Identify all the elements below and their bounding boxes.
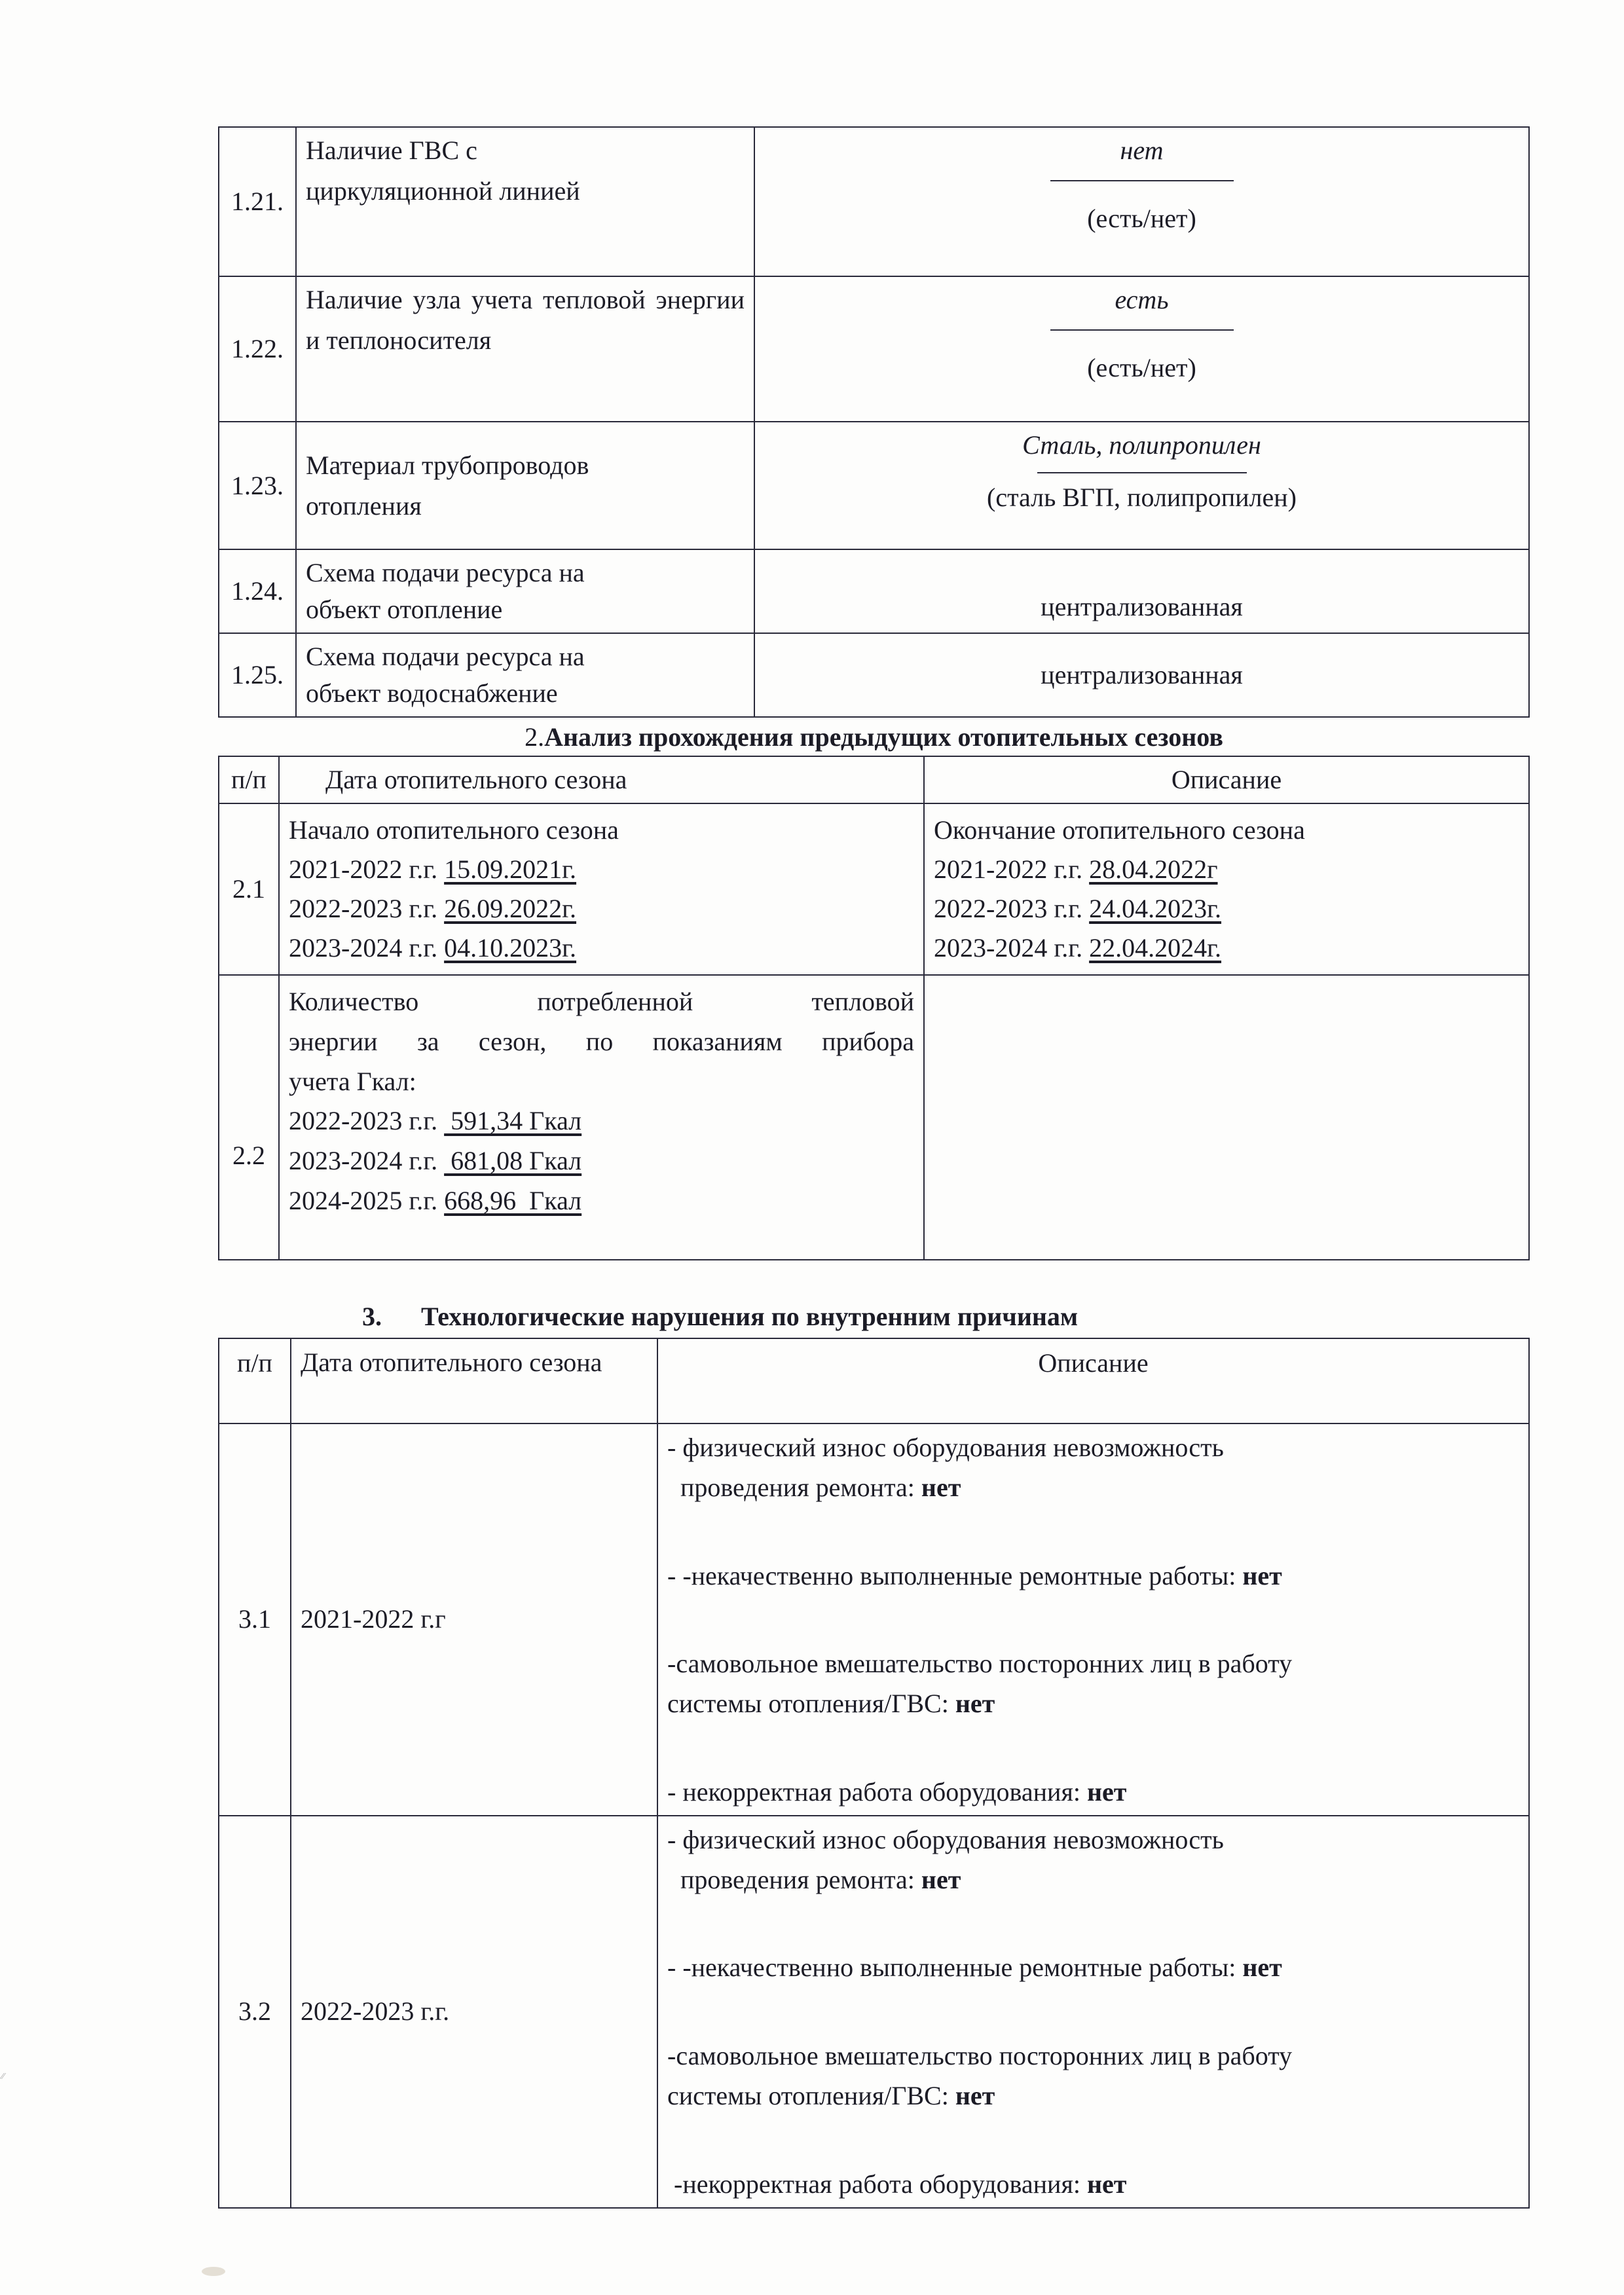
section3-title: 3.Технологические нарушения по внутренни… xyxy=(362,1301,1530,1332)
row-number: 1.21. xyxy=(219,127,296,276)
section2-table: п/п Дата отопительного сезона Описание 2… xyxy=(218,756,1530,1260)
row-label: Схема подачи ресурса на объект водоснабж… xyxy=(296,633,754,717)
header-description: Описание xyxy=(924,756,1529,803)
row-hint: (есть/нет) xyxy=(764,348,1519,388)
season-start-cell: Начало отопительного сезона 2021-2022 г.… xyxy=(279,803,924,975)
row-number: 3.1 xyxy=(219,1423,291,1816)
violation-item: - физический износ оборудования невозмож… xyxy=(667,1820,1519,1860)
table-header-row: п/п Дата отопительного сезона Описание xyxy=(219,1338,1529,1423)
header-date: Дата отопительного сезона xyxy=(291,1338,657,1423)
season-end: 2021-2022 г.г. 28.04.2022г xyxy=(934,850,1519,889)
row-number: 1.25. xyxy=(219,633,296,717)
season-start: 2023-2024 г.г. 04.10.2023г. xyxy=(289,928,914,968)
table-row: 2.2 Количество потребленной тепловой эне… xyxy=(219,975,1529,1260)
table-header-row: п/п Дата отопительного сезона Описание xyxy=(219,756,1529,803)
violation-answer: нет xyxy=(921,1865,961,1894)
fill-in-line xyxy=(1050,329,1234,331)
section2-title: 2.Анализ прохождения предыдущих отопител… xyxy=(218,722,1530,753)
table-row: 1.24. Схема подачи ресурса на объект ото… xyxy=(219,549,1529,633)
consumption-item: 2024-2025 г.г. 668,96 Гкал xyxy=(289,1181,914,1221)
season-start: 2021-2022 г.г. 15.09.2021г. xyxy=(289,850,914,889)
violation-answer: нет xyxy=(955,2081,995,2110)
fill-in-line xyxy=(1050,180,1234,181)
violation-item: -самовольное вмешательство посторонних л… xyxy=(667,2036,1519,2076)
season-end: 2022-2023 г.г. 24.04.2023г. xyxy=(934,889,1519,928)
row-value: Сталь, полипропилен xyxy=(764,425,1519,466)
scan-artifact: ⁄⁄ xyxy=(1,2072,17,2092)
season-end-cell: Окончание отопительного сезона 2021-2022… xyxy=(924,803,1529,975)
row-season: 2022-2023 г.г. xyxy=(291,1816,657,2208)
row-label: Схема подачи ресурса на объект отопление xyxy=(296,549,754,633)
season-start: 2022-2023 г.г. 26.09.2022г. xyxy=(289,889,914,928)
violation-answer: нет xyxy=(1087,2169,1126,2199)
header-description: Описание xyxy=(657,1338,1529,1423)
row-value: централизованная xyxy=(754,633,1529,717)
table-row: 1.25. Схема подачи ресурса на объект вод… xyxy=(219,633,1529,717)
header-number: п/п xyxy=(219,756,279,803)
row-number: 1.22. xyxy=(219,276,296,422)
violations-list: - физический износ оборудования невозмож… xyxy=(657,1816,1529,2208)
consumption-item: 2023-2024 г.г. 681,08 Гкал xyxy=(289,1141,914,1181)
violation-item: - физический износ оборудования невозмож… xyxy=(667,1428,1519,1468)
document-page: 1.21. Наличие ГВС с циркуляционной линие… xyxy=(218,126,1530,2209)
row-label: Наличие узла учета тепловой энергии и те… xyxy=(296,276,754,422)
header-number: п/п xyxy=(219,1338,291,1423)
consumption-cell: Количество потребленной тепловой энергии… xyxy=(279,975,924,1260)
violation-item: - некорректная работа оборудования: нет xyxy=(667,1772,1519,1812)
violation-item: -некорректная работа оборудования: нет xyxy=(667,2165,1519,2205)
scan-stain xyxy=(202,2267,225,2276)
violation-answer: нет xyxy=(955,1689,995,1718)
violation-answer: нет xyxy=(1242,1953,1282,1982)
row-hint: (есть/нет) xyxy=(764,198,1519,239)
table-row: 3.1 2021-2022 г.г - физический износ обо… xyxy=(219,1423,1529,1816)
row-number: 1.23. xyxy=(219,422,296,549)
violation-item: -самовольное вмешательство посторонних л… xyxy=(667,1644,1519,1684)
row-value: централизованная xyxy=(754,549,1529,633)
row-number: 2.2 xyxy=(219,975,279,1260)
violation-item: - -некачественно выполненные ремонтные р… xyxy=(667,1556,1519,1596)
row-value-cell: нет (есть/нет) xyxy=(754,127,1529,276)
violation-answer: нет xyxy=(1242,1561,1282,1590)
row-season: 2021-2022 г.г xyxy=(291,1423,657,1816)
fill-in-line xyxy=(1037,472,1247,473)
header-date: Дата отопительного сезона xyxy=(279,756,924,803)
table-row: 1.21. Наличие ГВС с циркуляционной линие… xyxy=(219,127,1529,276)
section3-table: п/п Дата отопительного сезона Описание 3… xyxy=(218,1338,1530,2209)
row-label: Наличие ГВС с циркуляционной линией xyxy=(296,127,754,276)
row-number: 2.1 xyxy=(219,803,279,975)
violation-answer: нет xyxy=(1087,1777,1126,1807)
row-number: 1.24. xyxy=(219,549,296,633)
row-number: 3.2 xyxy=(219,1816,291,2208)
row-value: есть xyxy=(764,280,1519,320)
row-hint: (сталь ВГП, полипропилен) xyxy=(764,477,1519,518)
table-row: 1.22. Наличие узла учета тепловой энерги… xyxy=(219,276,1529,422)
table-row: 2.1 Начало отопительного сезона 2021-202… xyxy=(219,803,1529,975)
consumption-item: 2022-2023 г.г. 591,34 Гкал xyxy=(289,1101,914,1141)
section1-table: 1.21. Наличие ГВС с циркуляционной линие… xyxy=(218,126,1530,718)
row-value-cell: Сталь, полипропилен (сталь ВГП, полипроп… xyxy=(754,422,1529,549)
violation-item: - -некачественно выполненные ремонтные р… xyxy=(667,1948,1519,1988)
row-value-cell: есть (есть/нет) xyxy=(754,276,1529,422)
row-value: нет xyxy=(764,130,1519,171)
row-label: Материал трубопроводов отопления xyxy=(296,422,754,549)
consumption-description xyxy=(924,975,1529,1260)
table-row: 3.2 2022-2023 г.г. - физический износ об… xyxy=(219,1816,1529,2208)
violation-answer: нет xyxy=(921,1473,961,1502)
season-end: 2023-2024 г.г. 22.04.2024г. xyxy=(934,928,1519,968)
violations-list: - физический износ оборудования невозмож… xyxy=(657,1423,1529,1816)
table-row: 1.23. Материал трубопроводов отопления С… xyxy=(219,422,1529,549)
